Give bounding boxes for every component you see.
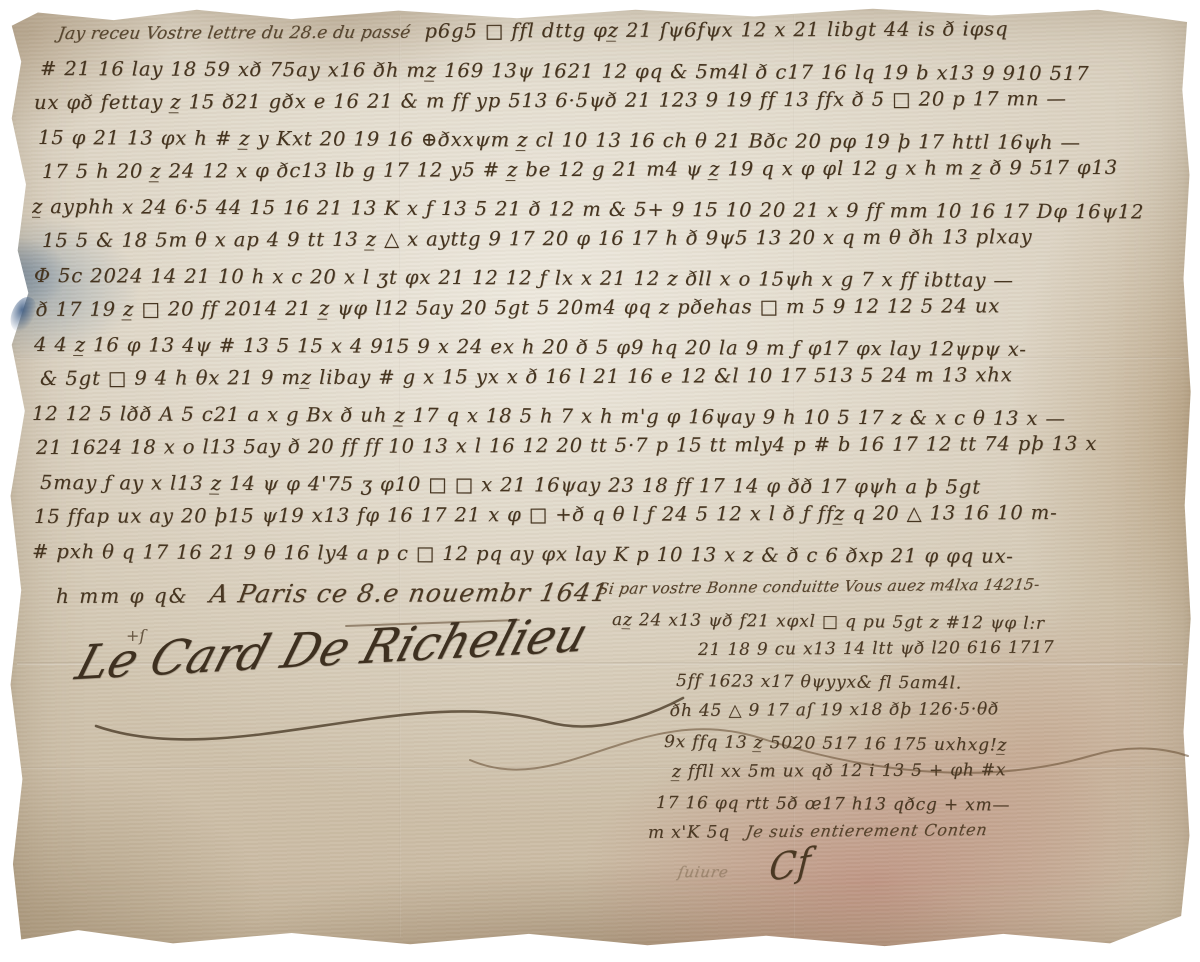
cipher-line: z̲ ffll xx 5m ux qð 12 i 13 5 + φh #x (672, 754, 1190, 787)
cipher-line: 15 5 & 18 5m θ x ap 4 9 tt 13 z̲ △ x ayt… (42, 220, 1178, 259)
cipher-body: Jay receu Vostre lettre du 28.e du passé… (32, 16, 1178, 615)
cipher-line: # pxh θ q 17 16 21 9 θ 16 ly4 a p c □ 12… (32, 535, 1178, 575)
cipher-line: 15 ffap ux ay 20 þ15 ψ19 x13 fφ 16 17 21… (34, 496, 1178, 535)
date-cipher-prefix: h mm φ q& (56, 583, 189, 608)
cipher-line: ð 17 19 z̲ □ 20 ff 2014 21 z̲ ψφ l12 5ay… (36, 289, 1178, 328)
cipher-line: Jay receu Vostre lettre du 28.e du passé… (58, 16, 1178, 51)
cipher-line: ðh 45 △ 9 17 aſ 19 x18 ðþ 126·5·θð (670, 693, 1190, 726)
closing-line: m x'K 5q Je suis entierement Conten (648, 813, 1190, 848)
cipher-line: ux φð fettay z̲ 15 ð21 gðx e 16 21 & m f… (34, 82, 1178, 121)
paraph-row: ſuiure Cf (678, 851, 1190, 888)
closing-phrase: Je suis entierement Conten (744, 815, 990, 848)
opening-phrase: Jay receu Vostre lettre du 28.e du passé (56, 16, 413, 52)
aside-intro: Si par vostre Bonne conduitte Vous auez … (598, 574, 1190, 604)
cipher-aside: Si par vostre Bonne conduitte Vous auez … (598, 574, 1190, 887)
paraph-monogram: Cf (768, 846, 812, 885)
closing-cipher: m x'K 5q (648, 822, 730, 843)
faint-word: ſuiure (676, 857, 731, 888)
cipher-line: & 5gt □ 9 4 h θx 21 9 mz̲ libay # g x 15… (40, 358, 1178, 397)
place-and-date: A Paris ce 8.e nouembr 1641 (207, 576, 611, 612)
cipher-line: 17 5 h 20 z̲ 24 12 x φ ðc13 lb g 17 12 y… (42, 151, 1178, 190)
cipher-line: 21 18 9 cu x13 14 ltt ψð l20 616 1717 (698, 632, 1190, 666)
cipher-line: 21 1624 18 x o l13 5ay ð 20 ff ff 10 13 … (36, 427, 1178, 466)
cipher-text: p6g5 □ ffl dttg φz̲ 21 ſψ6fψx 12 x 21 li… (424, 17, 1008, 42)
